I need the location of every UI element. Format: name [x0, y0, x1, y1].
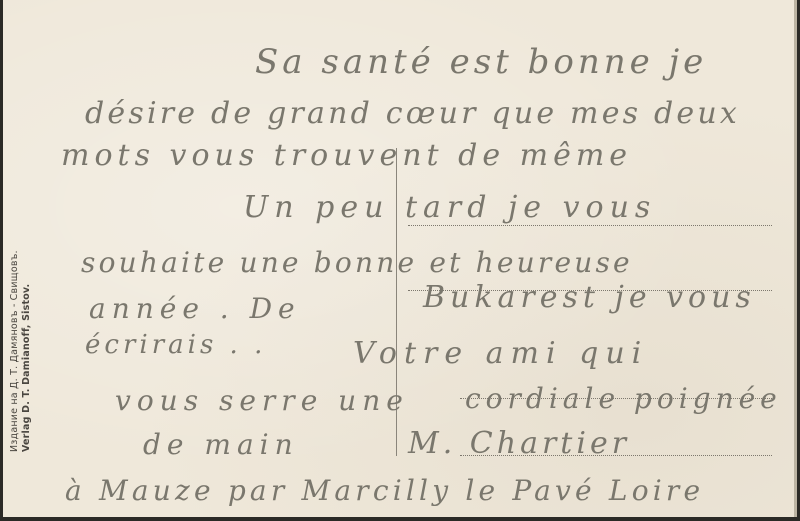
handwritten-line-7: Bukarest je vous: [423, 280, 756, 315]
handwritten-line-4: Un peu tard je vous: [243, 190, 656, 225]
handwritten-line-14: à Mauze par Marcilly le Pavé Loire: [65, 474, 704, 507]
card-edge: [794, 0, 797, 517]
publisher-imprint: Издание на Д. Т. Дамяновъ - Свищовъ. Ver…: [9, 250, 33, 452]
publisher-imprint-bulgarian: Издание на Д. Т. Дамяновъ - Свищовъ.: [9, 250, 21, 452]
handwritten-line-5: souhaite une bonne et heureuse: [81, 246, 633, 279]
handwritten-signature: M. Chartier: [408, 426, 630, 461]
postcard-back: Издание на Д. Т. Дамяновъ - Свищовъ. Ver…: [3, 0, 797, 517]
handwritten-line-12: de main: [143, 428, 299, 461]
handwritten-line-10: vous serre une: [115, 384, 409, 417]
handwritten-line-9: Votre ami qui: [353, 336, 648, 371]
handwritten-line-11: cordiale poignée: [465, 382, 782, 415]
publisher-imprint-german: Verlag D. T. Damianoff, Sistov.: [21, 250, 33, 452]
handwritten-line-6: année . De: [89, 292, 301, 325]
handwritten-line-2: désire de grand cœur que mes deux: [85, 96, 740, 131]
handwritten-line-1: Sa santé est bonne je: [255, 42, 707, 82]
handwritten-line-8: écrirais . .: [85, 330, 266, 360]
address-line-1: [408, 225, 772, 226]
handwritten-line-3: mots vous trouvent de même: [61, 138, 632, 173]
